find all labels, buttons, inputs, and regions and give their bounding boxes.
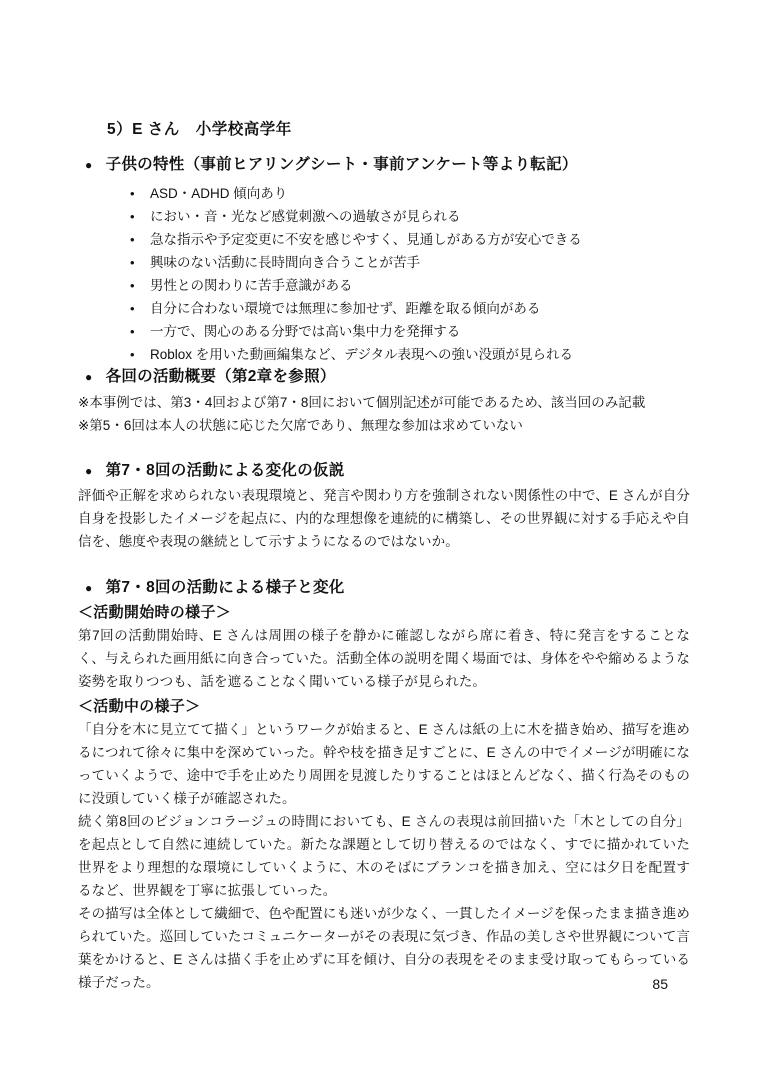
list-item: •急な指示や予定変更に不安を感じやすく、見通しがある方が安心できる <box>130 228 690 251</box>
section-bullet-icon: ● <box>85 461 93 482</box>
list-item-text: 興味のない活動に長時間向き合うことが苦手 <box>150 251 420 274</box>
list-bullet-icon: • <box>130 320 150 343</box>
note-line: ※本事例では、第3・4回および第7・8回において個別記述が可能であるため、該当回… <box>78 391 690 414</box>
list-item-text: 急な指示や予定変更に不安を感じやすく、見通しがある方が安心できる <box>150 228 582 251</box>
list-bullet-icon: • <box>130 251 150 274</box>
hypothesis-body: 評価や正解を求められない表現環境と、発言や関わり方を強制されない関係性の中で、E… <box>78 484 690 553</box>
section-heading-hypothesis: ● 第7・8回の活動による変化の仮説 <box>85 460 690 482</box>
list-item-text: ASD・ADHD 傾向あり <box>150 182 287 205</box>
list-item: •自分に合わない環境では無理に参加せず、距離を取る傾向がある <box>130 297 690 320</box>
paragraph: 「自分を木に見立てて描く」というワークが始まると、E さんは紙の上に木を描き始め… <box>78 718 690 810</box>
list-bullet-icon: • <box>130 228 150 251</box>
section-heading-label: 第7・8回の活動による変化の仮説 <box>106 460 345 481</box>
section-heading-overview: ● 各回の活動概要（第2章を参照） <box>85 366 690 388</box>
section-heading-observation: ● 第7・8回の活動による様子と変化 <box>85 577 690 599</box>
note-line: ※第5・6回は本人の状態に応じた欠席であり、無理な参加は求めていない <box>78 414 690 437</box>
list-item: •一方で、関心のある分野では高い集中力を発揮する <box>130 320 690 343</box>
paragraph: 第7回の活動開始時、E さんは周囲の様子を静かに確認しながら席に着き、特に発言を… <box>78 624 690 693</box>
characteristics-list: •ASD・ADHD 傾向あり •におい・音・光など感覚刺激への過敏さが見られる … <box>78 182 690 366</box>
list-item: •ASD・ADHD 傾向あり <box>130 182 690 205</box>
list-item-text: 一方で、関心のある分野では高い集中力を発揮する <box>150 320 460 343</box>
list-item-text: におい・音・光など感覚刺激への過敏さが見られる <box>150 205 461 228</box>
list-item: •興味のない活動に長時間向き合うことが苦手 <box>130 251 690 274</box>
paragraph: 評価や正解を求められない表現環境と、発言や関わり方を強制されない関係性の中で、E… <box>78 484 690 553</box>
list-bullet-icon: • <box>130 343 150 366</box>
section-bullet-icon: ● <box>85 578 93 599</box>
section-heading-label: 子供の特性（事前ヒアリングシート・事前アンケート等より転記） <box>106 154 578 175</box>
page-title: 5）E さん 小学校高学年 <box>107 120 690 140</box>
list-bullet-icon: • <box>130 297 150 320</box>
overview-notes: ※本事例では、第3・4回および第7・8回において個別記述が可能であるため、該当回… <box>78 391 690 437</box>
list-bullet-icon: • <box>130 205 150 228</box>
section-bullet-icon: ● <box>85 155 93 176</box>
section-heading-label: 各回の活動概要（第2章を参照） <box>106 366 336 387</box>
list-item: •におい・音・光など感覚刺激への過敏さが見られる <box>130 205 690 228</box>
subheading-activity-start: ＜活動開始時の様子＞ <box>78 601 690 624</box>
subheading-activity-during: ＜活動中の様子＞ <box>78 695 690 718</box>
paragraph: 続く第8回のビジョンコラージュの時間においても、E さんの表現は前回描いた「木と… <box>78 810 690 902</box>
list-bullet-icon: • <box>130 182 150 205</box>
page-number: 85 <box>652 975 668 993</box>
list-item: •男性との関わりに苦手意識がある <box>130 274 690 297</box>
paragraph: その描写は全体として繊細で、色や配置にも迷いが少なく、一貫したイメージを保ったま… <box>78 902 690 994</box>
list-item: •Roblox を用いた動画編集など、デジタル表現への強い没頭が見られる <box>130 343 690 366</box>
document-page: 5）E さん 小学校高学年 ● 子供の特性（事前ヒアリングシート・事前アンケート… <box>0 0 768 1087</box>
section-heading-characteristics: ● 子供の特性（事前ヒアリングシート・事前アンケート等より転記） <box>85 154 690 176</box>
list-item-text: 自分に合わない環境では無理に参加せず、距離を取る傾向がある <box>150 297 540 320</box>
list-bullet-icon: • <box>130 274 150 297</box>
list-item-text: Roblox を用いた動画編集など、デジタル表現への強い没頭が見られる <box>150 343 573 366</box>
section-heading-label: 第7・8回の活動による様子と変化 <box>106 577 345 598</box>
section-bullet-icon: ● <box>85 367 93 388</box>
list-item-text: 男性との関わりに苦手意識がある <box>150 274 353 297</box>
